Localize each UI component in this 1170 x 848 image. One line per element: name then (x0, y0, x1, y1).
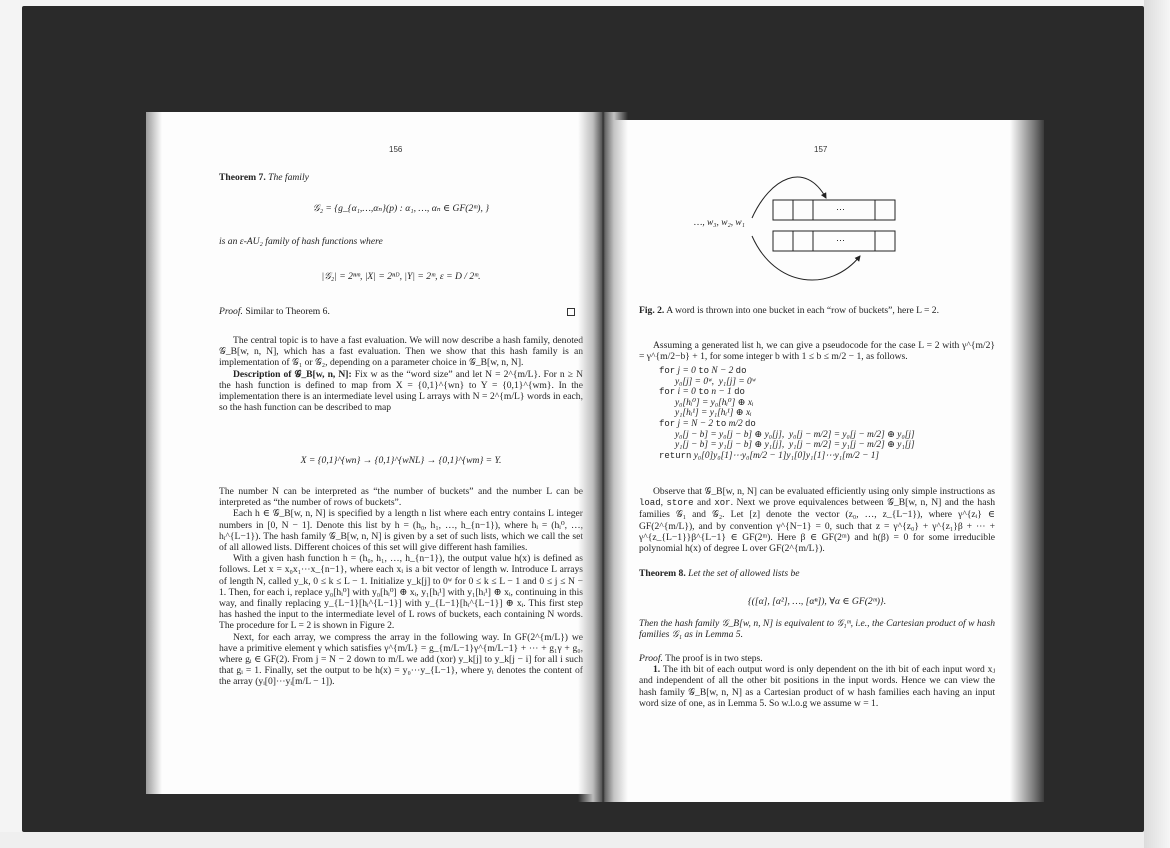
left-body: The central topic is to have a fast eval… (219, 335, 583, 413)
pseudocode-keyword: for (659, 387, 675, 397)
theorem-8: Theorem 8. Let the set of allowed lists … (639, 568, 995, 579)
figure-caption-text: A word is thrown into one bucket in each… (666, 305, 939, 316)
map-formula-text: X = {0,1}^{wn} → {0,1}^{wNL} → {0,1}^{wm… (301, 455, 502, 466)
proof-theorem-7: Proof. Similar to Theorem 6. (219, 306, 583, 317)
page-number-left: 156 (389, 145, 402, 154)
theorem-7: Theorem 7. The family (219, 172, 583, 183)
theorem-8-formula: {([α], [α²], …, [αⁿ]), ∀α ∈ GF(2ᵐ)}. (639, 596, 995, 607)
paragraph-pseudocode-intro: Assuming a generated list h, we can give… (639, 340, 995, 362)
theorem-7-continuation-text: is an ε-AU₂ family of hash functions whe… (219, 236, 383, 247)
pseudocode-line: y₁[hᵢ¹] = y₁[hᵢ¹] ⊕ xᵢ (659, 408, 999, 419)
keyword-load: load (639, 498, 661, 508)
pseudocode-line: return y₀[0]y₀[1]⋯y₀[m/2 − 1]y₁[0]y₁[1]⋯… (659, 451, 999, 462)
left-body-2: The number N can be interpreted as “the … (219, 486, 583, 688)
pseudocode-line: y₁[j − b] = y₁[j − b] ⊕ y₁[j], y₁[j − m/… (659, 440, 999, 451)
paragraph-description: Description of 𝒢_B[w, n, N]: Fix w as th… (219, 369, 583, 414)
pseudocode-line: for i = 0 to n − 1 do (659, 387, 999, 398)
theorem-7-continuation: is an ε-AU₂ family of hash functions whe… (219, 236, 583, 247)
figure-caption-label: Fig. 2. (639, 305, 664, 316)
scan-margin-right (1144, 0, 1170, 848)
pseudocode-line: for j = 0 to N − 2 do (659, 366, 999, 377)
paragraph-central-topic: The central topic is to have a fast eval… (219, 335, 583, 369)
pseudocode-intro-text: Assuming a generated list h, we can give… (639, 340, 995, 362)
qed-square-icon (567, 308, 575, 316)
theorem-8-formula-text: {([α], [α²], …, [αⁿ]), ∀α ∈ GF(2ᵐ)}. (748, 596, 886, 607)
proof-text: Similar to Theorem 6. (245, 306, 330, 317)
proof-step-1-number: 1. (653, 664, 660, 675)
map-formula: X = {0,1}^{wn} → {0,1}^{wNL} → {0,1}^{wm… (219, 455, 583, 466)
proof-8-label: Proof. (639, 653, 663, 664)
theorem-7-formula: 𝒢₂ = {g_{α₁,…,αₙ}(p) : α₁, …, αₙ ∈ GF(2ᵐ… (219, 203, 583, 214)
paragraph-observe: Observe that 𝒢_B[w, n, N] can be evaluat… (639, 486, 995, 554)
theorem-7-formula-2-text: |𝒢₂| = 2ⁿᵐ, |X| = 2ⁿᴰ, |Y| = 2ᵐ, ε = D /… (321, 271, 480, 282)
pseudocode-line: y₀[j − b] = y₀[j − b] ⊕ y₀[j], y₀[j − m/… (659, 430, 999, 441)
right-page-edge-shadow (1010, 120, 1044, 802)
theorem-8-statement: Let the set of allowed lists be (688, 568, 799, 579)
proof-8-intro: The proof is in two steps. (665, 653, 763, 664)
paragraph-allowed-lists: Each h ∈ 𝒢_B[w, n, N] is specified by a … (219, 508, 583, 553)
bucket-ellipsis-top: ⋯ (836, 204, 845, 215)
description-heading: Description of 𝒢_B[w, n, N]: (233, 369, 352, 380)
proof-theorem-8: Proof. The proof is in two steps. 1. The… (639, 653, 995, 709)
pseudocode-keyword: for (659, 366, 675, 376)
pseudocode-keyword: for (659, 419, 675, 429)
pseudocode-block: for j = 0 to N − 2 doy₀[j] = 0ʷ, y₁[j] =… (659, 366, 999, 461)
theorem-8-heading: Theorem 8. (639, 568, 686, 579)
theorem-7-formula-2: |𝒢₂| = 2ⁿᵐ, |X| = 2ⁿᴰ, |Y| = 2ᵐ, ε = D /… (219, 271, 583, 282)
theorem-7-formula-text: 𝒢₂ = {g_{α₁,…,αₙ}(p) : α₁, …, αₙ ∈ GF(2ᵐ… (313, 203, 489, 214)
proof-step-1-text: The ith bit of each output word is only … (639, 664, 995, 709)
proof-label: Proof. (219, 306, 243, 317)
left-page-edge-shadow (146, 112, 162, 794)
bucket-ellipsis-bottom: ⋯ (836, 235, 845, 246)
theorem-7-statement: The family (268, 172, 309, 183)
left-page (146, 112, 610, 794)
figure-2: ⋯ ⋯ …, w₃, w₂, w₁ (680, 168, 920, 298)
observe-text-1: Observe that 𝒢_B[w, n, N] can be evaluat… (653, 486, 995, 497)
pseudocode-line: y₀[hᵢ⁰] = y₀[hᵢ⁰] ⊕ xᵢ (659, 398, 999, 409)
theorem-8-continuation: Then the hash family 𝒢_B[w, n, N] is equ… (639, 618, 995, 640)
book-gutter-shadow (578, 112, 628, 802)
input-words-label: …, w₃, w₂, w₁ (694, 218, 745, 228)
pseudocode-line: y₀[j] = 0ʷ, y₁[j] = 0ʷ (659, 377, 999, 388)
paragraph-compress: Next, for each array, we compress the ar… (219, 632, 583, 688)
figure-2-caption: Fig. 2. A word is thrown into one bucket… (639, 305, 995, 316)
observe-and: and (694, 497, 715, 508)
scan-margin-bottom (0, 832, 1144, 848)
theorem-8-continuation-text: Then the hash family 𝒢_B[w, n, N] is equ… (639, 618, 995, 640)
bucket-rows-diagram (680, 168, 920, 298)
keyword-xor: xor (714, 498, 730, 508)
keyword-store: store (667, 498, 694, 508)
theorem-7-heading: Theorem 7. (219, 172, 266, 183)
paragraph-buckets: The number N can be interpreted as “the … (219, 486, 583, 508)
page-number-right: 157 (814, 145, 827, 154)
pseudocode-line: for j = N − 2 to m/2 do (659, 419, 999, 430)
paragraph-output-value: With a given hash function h = (h₀, h₁, … (219, 553, 583, 631)
pseudocode-keyword: return (659, 451, 691, 461)
